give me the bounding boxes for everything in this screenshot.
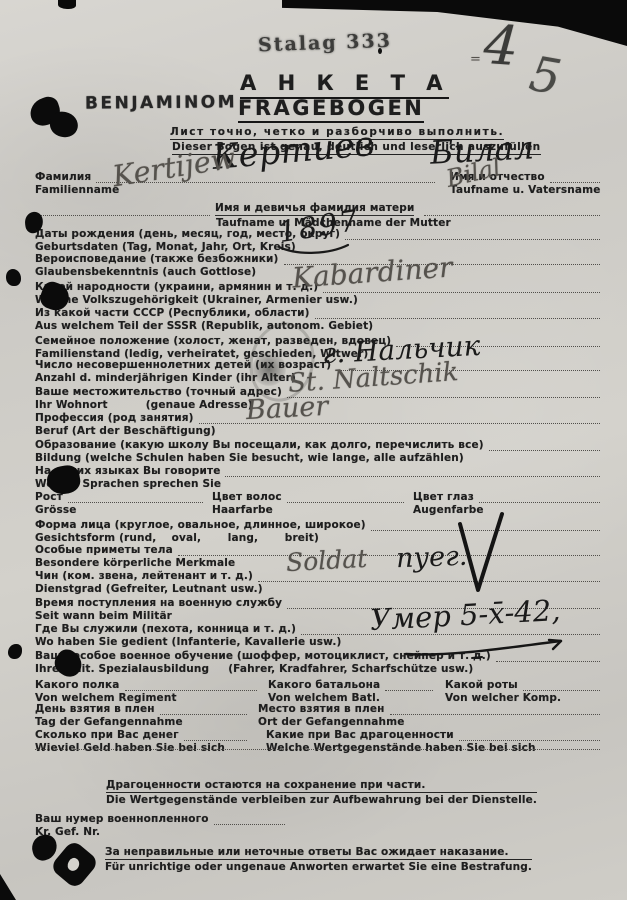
field-face-label-ru: Форма лица (круглое, овальное, длинное, …	[35, 519, 366, 531]
field-capture-place-label-de: Ort der Gefangennahme	[258, 716, 600, 728]
field-pow-number-label-de: Kr. Gef. Nr.	[35, 826, 285, 838]
field-capture-place-label-ru: Место взятия в плен	[258, 703, 385, 715]
field-pow-number: Ваш нумер военнопленного Kr. Gef. Nr.	[35, 812, 285, 838]
separator-line	[35, 749, 600, 750]
field-eyes: Цвет глаз Augenfarbe	[413, 490, 600, 516]
field-nationality-label-ru: Какой народности (украини, армянин и т. …	[35, 281, 318, 293]
field-profession-label-de: Beruf (Art der Beschäftigung)	[35, 425, 600, 437]
field-capture-day-line	[160, 702, 247, 715]
form-title-german: FRAGEBOGEN	[238, 96, 424, 123]
valuables-note-ru: Драгоценности остаются на сохранение при…	[106, 779, 537, 793]
field-family-status: Семейное положение (холост, женат, разве…	[35, 334, 600, 360]
field-capture-place-line	[390, 702, 600, 715]
field-height-line	[68, 490, 203, 503]
ink-dot	[378, 48, 382, 54]
field-surname-label-ru: Фамилия	[35, 171, 91, 183]
field-valuables: Какие при Вас драгоценности Welche Wertg…	[266, 728, 600, 754]
page-number-5: 5	[525, 46, 565, 106]
field-firstname-line	[550, 170, 600, 183]
scan-background-top-left	[58, 0, 76, 9]
damage-mark	[6, 269, 21, 286]
field-regiment: Какого полка Von welchem Regiment	[35, 678, 257, 704]
scanned-questionnaire-page: Stalag 333 4 = 5 А Н К Е Т А FRAGEBOGEN …	[0, 0, 627, 900]
field-hair-label-de: Haarfarbe	[212, 504, 404, 516]
warning-note-ru: За неправильные или неточные ответы Вас …	[105, 846, 532, 860]
owner-stamp: BENJAMINOM	[85, 92, 237, 113]
field-special-training-label-de: Ihre milit. Spezialausbildung (Fahrer, K…	[35, 663, 600, 675]
field-education-label-ru: Образование (какую школу Вы посещали, ка…	[35, 439, 484, 451]
field-surname-label-de: Familienname	[35, 184, 435, 196]
form-title-russian: А Н К Е Т А	[240, 71, 449, 99]
field-battalion-label-ru: Какого батальона	[268, 679, 380, 691]
field-hair-line	[287, 490, 404, 503]
field-languages-label-de: Welche Sprachen sprechen Sie	[35, 478, 600, 490]
field-education-line	[489, 438, 600, 451]
field-capture-day: День взятия в плен Tag der Gefangennahme	[35, 702, 247, 728]
field-nationality-label-de: Welche Volkszugehörigkeit (Ukrainer, Arm…	[35, 294, 600, 306]
field-ussr-part-line	[315, 306, 600, 319]
field-education-label-de: Bildung (welche Schulen haben Sie besuch…	[35, 452, 600, 464]
field-battalion: Какого батальона Von welchem Batl.	[268, 678, 433, 704]
field-hair: Цвет волос Haarfarbe	[212, 490, 404, 516]
field-ussr-part: Из какой части СССР (Республики, области…	[35, 306, 600, 332]
scan-background-bottom-left	[0, 874, 16, 900]
field-mother-line-left	[30, 203, 210, 216]
field-company-line	[523, 678, 600, 691]
field-height-label-de: Grösse	[35, 504, 203, 516]
field-capture-day-label-de: Tag der Gefangennahme	[35, 716, 247, 728]
valuables-note-de: Die Wertgegenstände verbleiben zur Aufbe…	[106, 794, 537, 806]
warning-note-de: Für unrichtige oder ungenaue Anworten er…	[105, 861, 532, 873]
field-pow-number-label-ru: Ваш нумер военнопленного	[35, 813, 209, 825]
field-eyes-label-de: Augenfarbe	[413, 504, 600, 516]
checkmark-annotation	[456, 510, 506, 596]
arrow-underline	[403, 636, 571, 660]
field-regiment-line	[125, 678, 257, 691]
field-capture-day-label-ru: День взятия в плен	[35, 703, 155, 715]
warning-note: За неправильные или неточные ответы Вас …	[105, 846, 532, 873]
field-money-label-de: Wieviel Geld haben Sie bei sich	[35, 742, 247, 754]
field-capture-place: Место взятия в плен Ort der Gefangennahm…	[258, 702, 600, 728]
field-eyes-label-ru: Цвет глаз	[413, 491, 474, 503]
field-regiment-label-ru: Какого полка	[35, 679, 120, 691]
field-languages: На каких языках Вы говорите Welche Sprac…	[35, 464, 600, 490]
field-marks-line	[178, 543, 600, 556]
field-valuables-line	[459, 728, 600, 741]
equals-mark: =	[470, 52, 481, 67]
punch-hole	[48, 109, 81, 139]
field-marks-label-ru: Особые приметы тела	[35, 544, 173, 556]
dash-mark	[470, 654, 484, 662]
page-number-4: 4	[482, 13, 521, 78]
field-languages-line	[225, 464, 600, 477]
field-hair-label-ru: Цвет волос	[212, 491, 282, 503]
field-company-label-ru: Какой роты	[445, 679, 518, 691]
damage-mark	[8, 644, 22, 659]
field-eyes-line	[479, 490, 600, 503]
field-money: Сколько при Вас денег Wieviel Geld haben…	[35, 728, 247, 754]
field-profession-label-ru: Профессия (род занятия)	[35, 412, 194, 424]
camp-stamp: Stalag 333	[258, 30, 393, 57]
field-education: Образование (какую школу Вы посещали, ка…	[35, 438, 600, 464]
field-battalion-line	[385, 678, 433, 691]
valuables-note: Драгоценности остаются на сохранение при…	[106, 779, 537, 806]
field-money-line	[184, 728, 247, 741]
handwriting-rank-pencil: Soldat	[285, 544, 368, 577]
field-ussr-part-label-ru: Из какой части СССР (Республики, области…	[35, 307, 310, 319]
field-pow-number-line	[214, 812, 285, 825]
field-birth-line	[345, 227, 600, 240]
field-religion-label-ru: Вероисповедание (также безбожники)	[35, 253, 279, 265]
field-money-label-ru: Сколько при Вас денег	[35, 729, 179, 741]
field-ussr-part-label-de: Aus welchem Teil der SSSR (Republik, aut…	[35, 320, 600, 332]
field-service-since-label-ru: Время поступления на военную службу	[35, 597, 282, 609]
field-company: Какой роты Von welcher Komp.	[445, 678, 600, 704]
field-served-where-label-ru: Где Вы служили (пехота, конница и т. д.)	[35, 623, 296, 635]
field-valuables-label-de: Welche Wertgegenstände haben Sie bei sic…	[266, 742, 600, 754]
field-valuables-label-ru: Какие при Вас драгоценности	[266, 729, 454, 741]
underline-flourish	[276, 243, 351, 257]
field-rank-label-ru: Чин (ком. звена, лейтенант и т. д.)	[35, 570, 253, 582]
round-stamp-smudge	[252, 352, 286, 386]
field-rank-label-de: Dienstgrad (Gefreiter, Leutnant usw.)	[35, 583, 600, 595]
field-face: Форма лица (круглое, овальное, длинное, …	[35, 518, 600, 544]
field-mother-line-right	[424, 203, 600, 216]
